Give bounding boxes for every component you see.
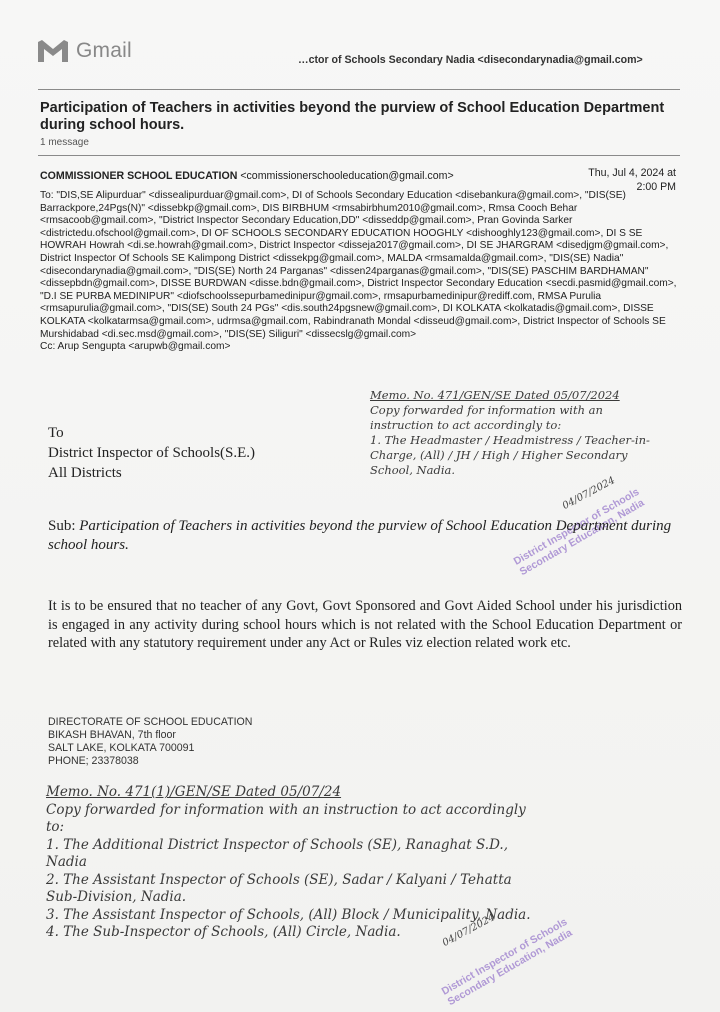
sender-name: COMMISSIONER SCHOOL EDUCATION: [40, 170, 237, 182]
sender-email: <commissionerschooleducation@gmail.com>: [240, 170, 453, 182]
letter-body: It is to be ensured that no teacher of a…: [48, 597, 682, 653]
memo-number: Memo. No. 471/GEN/SE Dated 05/07/2024: [370, 388, 650, 403]
memo-line: Copy forwarded for information with an i…: [46, 802, 531, 820]
cc-list: Cc: Arup Sengupta <arupwb@gmail.com>: [40, 341, 680, 354]
memo-line: Copy forwarded for information with an: [370, 403, 650, 418]
message-count: 1 message: [40, 137, 89, 148]
memo-line: 1. The Headmaster / Headmistress / Teach…: [370, 433, 650, 448]
app-name: Gmail: [76, 39, 132, 63]
gmail-logo: Gmail: [36, 38, 132, 64]
divider: [38, 89, 680, 90]
addressee-scope: All Districts: [48, 463, 255, 483]
address-line: BIKASH BHAVAN, 7th floor: [48, 729, 252, 742]
address-line: SALT LAKE, KOLKATA 700091: [48, 742, 252, 755]
memo-line: Charge, (All) / JH / High / Higher Secon…: [370, 448, 650, 463]
handwritten-memo-bottom: Memo. No. 471(1)/GEN/SE Dated 05/07/24 C…: [46, 784, 531, 942]
sender: COMMISSIONER SCHOOL EDUCATION <commissio…: [40, 170, 454, 182]
memo-line: Sub-Division, Nadia.: [46, 889, 531, 907]
memo-line: instruction to act accordingly to:: [370, 418, 650, 433]
memo-line: 3. The Assistant Inspector of Schools, (…: [46, 907, 531, 925]
scanned-email-printout: Gmail …ctor of Schools Secondary Nadia <…: [0, 0, 720, 1012]
letter-subject: Sub: Participation of Teachers in activi…: [48, 517, 688, 555]
memo-line: to:: [46, 819, 531, 837]
memo-line: Nadia: [46, 854, 531, 872]
recipients: To: "DIS,SE Alipurduar" <dissealipurduar…: [40, 190, 680, 354]
gmail-m-icon: [36, 38, 70, 64]
directorate-address: DIRECTORATE OF SCHOOL EDUCATION BIKASH B…: [48, 716, 252, 768]
address-line: DIRECTORATE OF SCHOOL EDUCATION: [48, 716, 252, 729]
memo-line: 2. The Assistant Inspector of Schools (S…: [46, 872, 531, 890]
sub-label: Sub:: [48, 518, 76, 534]
phone: PHONE; 23378038: [48, 755, 252, 768]
letter-addressee: To District Inspector of Schools(S.E.) A…: [48, 423, 255, 483]
memo-number: Memo. No. 471(1)/GEN/SE Dated 05/07/24: [46, 784, 531, 802]
thread-subject: Participation of Teachers in activities …: [40, 100, 680, 134]
to-label: To: [48, 423, 255, 443]
divider: [38, 155, 680, 156]
memo-line: 1. The Additional District Inspector of …: [46, 837, 531, 855]
sub-text: Participation of Teachers in activities …: [48, 518, 671, 553]
to-list: To: "DIS,SE Alipurduar" <dissealipurduar…: [40, 190, 680, 341]
account-email: …ctor of Schools Secondary Nadia <diseco…: [298, 54, 643, 66]
handwritten-memo-top: Memo. No. 471/GEN/SE Dated 05/07/2024 Co…: [370, 388, 650, 478]
date-line: Thu, Jul 4, 2024 at: [588, 166, 676, 180]
addressee: District Inspector of Schools(S.E.): [48, 443, 255, 463]
